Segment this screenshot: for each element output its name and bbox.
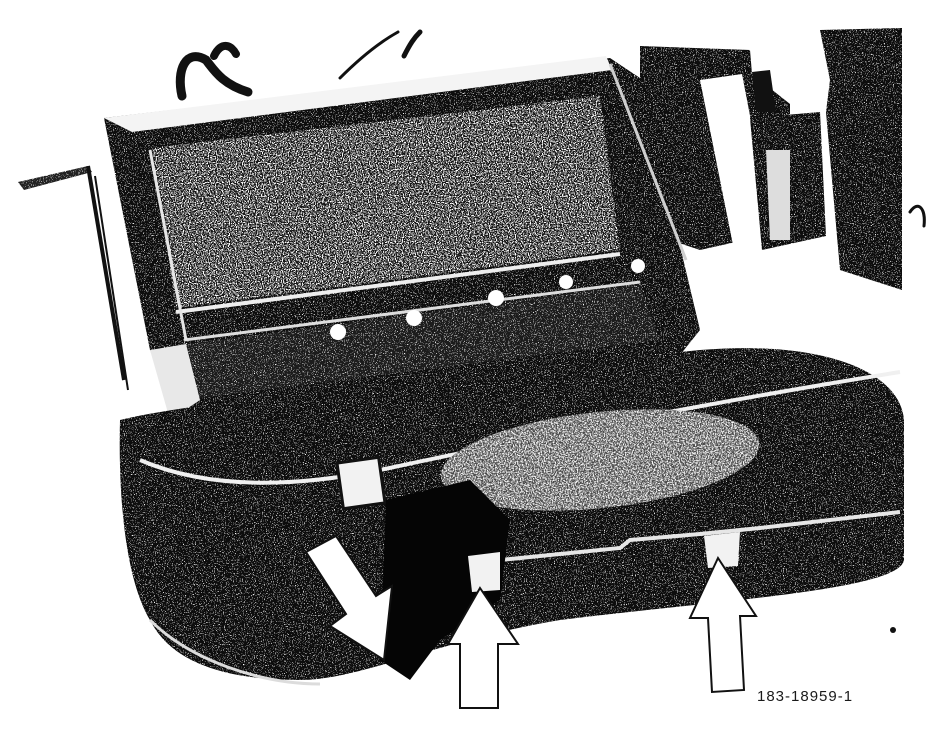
speck (890, 627, 896, 633)
left-bracket (18, 166, 128, 390)
heater-housing-photo (0, 0, 928, 738)
figure-reference-number: 183-18959-1 (757, 688, 853, 705)
